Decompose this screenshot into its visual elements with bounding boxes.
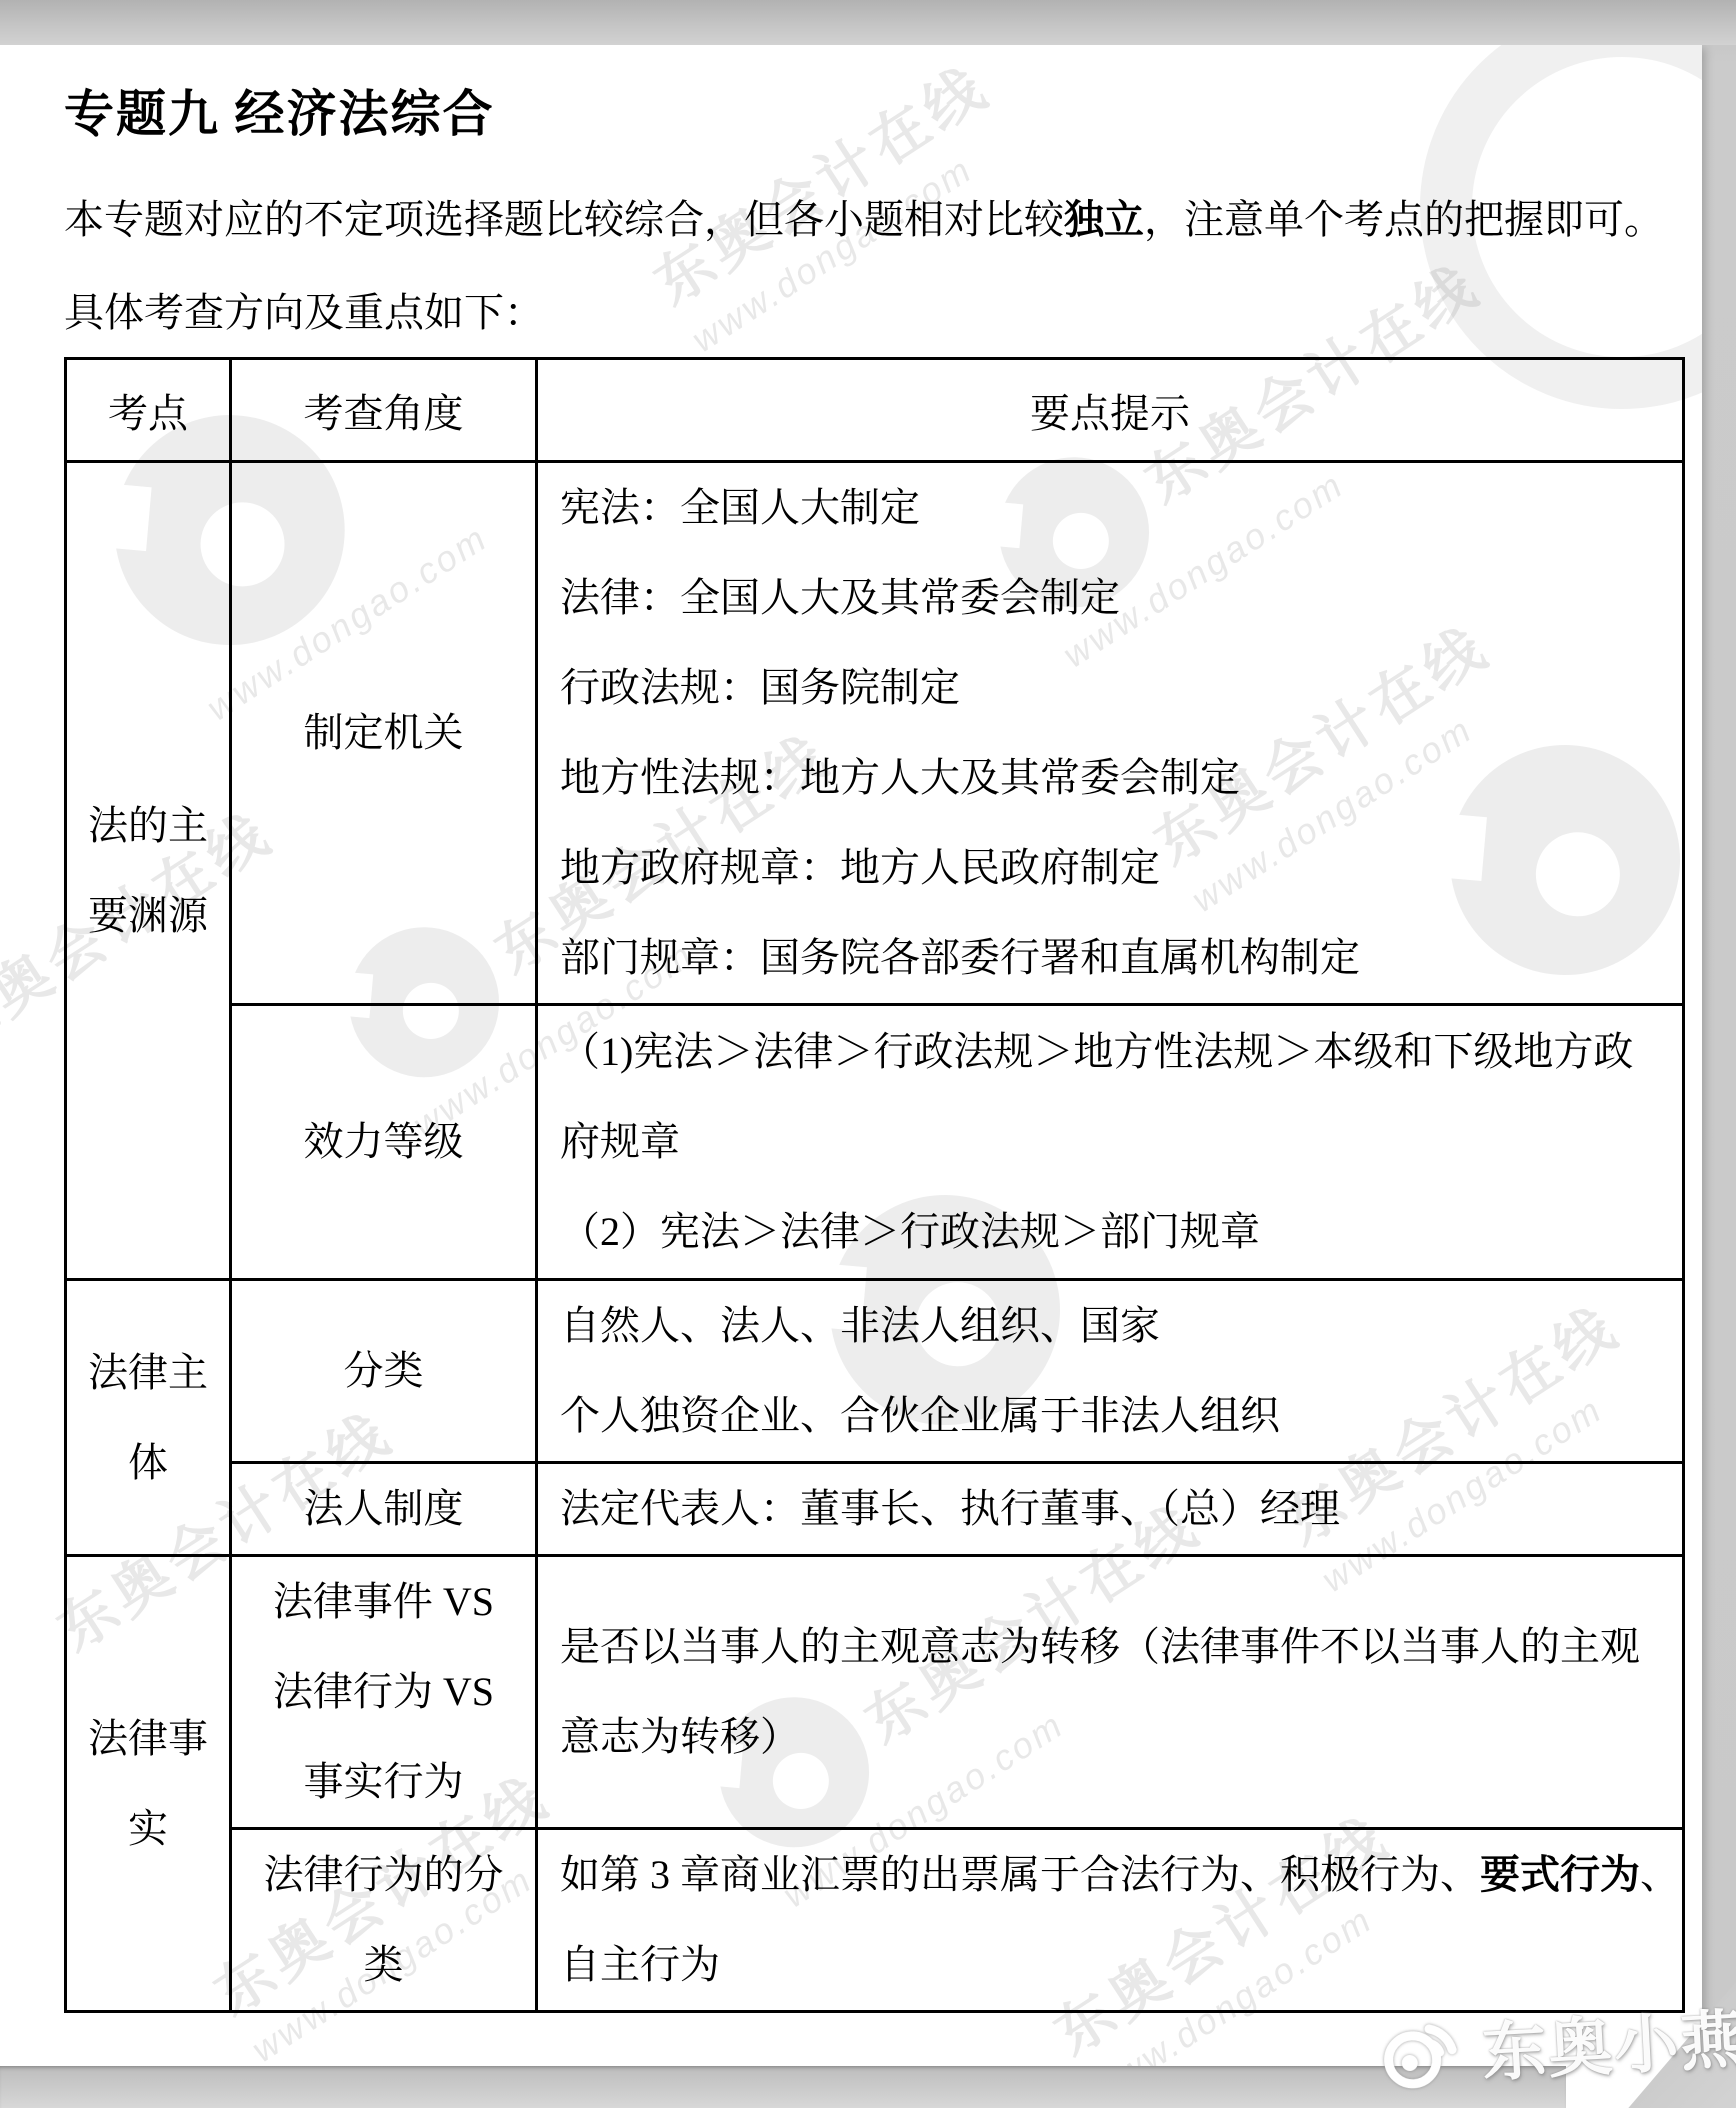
angle-cell-xiaoli-dengji: 效力等级	[231, 1005, 537, 1280]
intro-text-bold: 独立	[1064, 197, 1144, 242]
intro-text-pre: 本专题对应的不定项选择题比较综合，但各小题相对比较	[64, 197, 1064, 242]
intro-line2: 具体考查方向及重点如下：	[64, 288, 544, 338]
watermark-url-text: www.dongao.com	[684, 148, 980, 361]
point-text: 、	[1640, 1852, 1674, 1897]
point-line: 是否以当事人的主观意志为转移（法律事件不以当事人的主观	[560, 1602, 1674, 1692]
point-line: 如第 3 章商业汇票的出票属于合法行为、积极行为、要式行为、	[560, 1830, 1674, 1920]
points-cell: （1)宪法＞法律＞行政法规＞地方性法规＞本级和下级地方政 府规章 （2）宪法＞法…	[537, 1005, 1684, 1280]
topic-cell-fa-de-zhuyao-yuanyuan: 法的主 要渊源	[66, 462, 231, 1280]
point-text-bold: 要式行为	[1480, 1852, 1640, 1897]
angle-cell-xingwei-fenlei: 法律行为的分 类	[231, 1829, 537, 2012]
page-title: 专题九 经济法综合	[64, 85, 495, 143]
document-page: 东奥会计在线 www.dongao.com 东奥会计在线 www.dongao.…	[0, 45, 1702, 2108]
table-row: 法的主 要渊源 制定机关 宪法：全国人大制定 法律：全国人大及其常委会制定 行政…	[66, 462, 1684, 1005]
angle-line: 法人制度	[232, 1464, 535, 1554]
angle-line: 效力等级	[232, 1097, 535, 1187]
table-row: 法人制度 法定代表人：董事长、执行董事、（总）经理	[66, 1463, 1684, 1556]
point-line: （2）宪法＞法律＞行政法规＞部门规章	[560, 1187, 1674, 1277]
point-line: 府规章	[560, 1097, 1674, 1187]
angle-cell-shijian-vs-xingwei: 法律事件 VS 法律行为 VS 事实行为	[231, 1556, 537, 1829]
angle-line: 法律行为 VS	[232, 1647, 535, 1737]
angle-line: 法律事件 VS	[232, 1557, 535, 1647]
point-line: 地方性法规：地方人大及其常委会制定	[560, 733, 1674, 823]
topic-line: 法的主	[67, 781, 229, 871]
topic-cell-falv-zhuti: 法律主 体	[66, 1280, 231, 1556]
table-row: 效力等级 （1)宪法＞法律＞行政法规＞地方性法规＞本级和下级地方政 府规章 （2…	[66, 1005, 1684, 1280]
intro-paragraph: 本专题对应的不定项选择题比较综合，但各小题相对比较独立，注意单个考点的把握即可。	[64, 195, 1664, 245]
exam-points-table: 考点 考查角度 要点提示 法的主 要渊源 制定机关	[64, 357, 1685, 2013]
topic-line: 法律主	[67, 1328, 229, 1418]
point-line: 行政法规：国务院制定	[560, 643, 1674, 733]
points-cell: 自然人、法人、非法人组织、国家 个人独资企业、合伙企业属于非法人组织	[537, 1280, 1684, 1463]
angle-line: 事实行为	[232, 1737, 535, 1827]
point-line: 宪法：全国人大制定	[560, 463, 1674, 553]
screenshot-root: 东奥会计在线 www.dongao.com 东奥会计在线 www.dongao.…	[0, 0, 1736, 2108]
angle-line: 法律行为的分	[232, 1830, 535, 1920]
point-line: 意志为转移）	[560, 1692, 1674, 1782]
angle-cell-faren-zhidu: 法人制度	[231, 1463, 537, 1556]
point-line: （1)宪法＞法律＞行政法规＞地方性法规＞本级和下级地方政	[560, 1007, 1674, 1097]
topic-cell-falv-shishi: 法律事 实	[66, 1556, 231, 2012]
points-cell: 法定代表人：董事长、执行董事、（总）经理	[537, 1463, 1684, 1556]
header-kaocha-jiaodu: 考查角度	[231, 359, 537, 462]
table-row: 法律主 体 分类 自然人、法人、非法人组织、国家 个人独资企业、合伙企业属于非法…	[66, 1280, 1684, 1463]
angle-line: 分类	[232, 1326, 535, 1416]
angle-line: 类	[232, 1920, 535, 2010]
angle-cell-fenlei: 分类	[231, 1280, 537, 1463]
points-cell: 是否以当事人的主观意志为转移（法律事件不以当事人的主观 意志为转移）	[537, 1556, 1684, 1829]
topic-line: 法律事	[67, 1694, 229, 1784]
topic-line: 实	[67, 1784, 229, 1874]
angle-line: 制定机关	[232, 688, 535, 778]
point-line: 部门规章：国务院各部委行署和直属机构制定	[560, 913, 1674, 1003]
points-cell: 宪法：全国人大制定 法律：全国人大及其常委会制定 行政法规：国务院制定 地方性法…	[537, 462, 1684, 1005]
table-header-row: 考点 考查角度 要点提示	[66, 359, 1684, 462]
point-line: 个人独资企业、合伙企业属于非法人组织	[560, 1371, 1674, 1461]
header-kaodian: 考点	[66, 359, 231, 462]
page-edge-bottom	[0, 2066, 1566, 2108]
watermark-brand-text: 东奥会计在线	[635, 45, 1003, 321]
point-line: 自然人、法人、非法人组织、国家	[560, 1281, 1674, 1371]
point-line: 法律：全国人大及其常委会制定	[560, 553, 1674, 643]
table-row: 法律事 实 法律事件 VS 法律行为 VS 事实行为 是否以当事人的	[66, 1556, 1684, 1829]
points-cell: 如第 3 章商业汇票的出票属于合法行为、积极行为、要式行为、 自主行为	[537, 1829, 1684, 2012]
topic-line: 体	[67, 1418, 229, 1508]
header-yaodian-tishi: 要点提示	[537, 359, 1684, 462]
page-edge-top	[0, 0, 1736, 45]
point-line: 地方政府规章：地方人民政府制定	[560, 823, 1674, 913]
point-line: 自主行为	[560, 1920, 1674, 2010]
point-line: 法定代表人：董事长、执行董事、（总）经理	[560, 1464, 1674, 1554]
angle-cell-zhiding-jiguan: 制定机关	[231, 462, 537, 1005]
point-text: 如第 3 章商业汇票的出票属于合法行为、积极行为、	[560, 1852, 1480, 1897]
topic-line: 要渊源	[67, 871, 229, 961]
table-row: 法律行为的分 类 如第 3 章商业汇票的出票属于合法行为、积极行为、要式行为、 …	[66, 1829, 1684, 2012]
intro-text-post: ，注意单个考点的把握即可。	[1144, 197, 1664, 242]
